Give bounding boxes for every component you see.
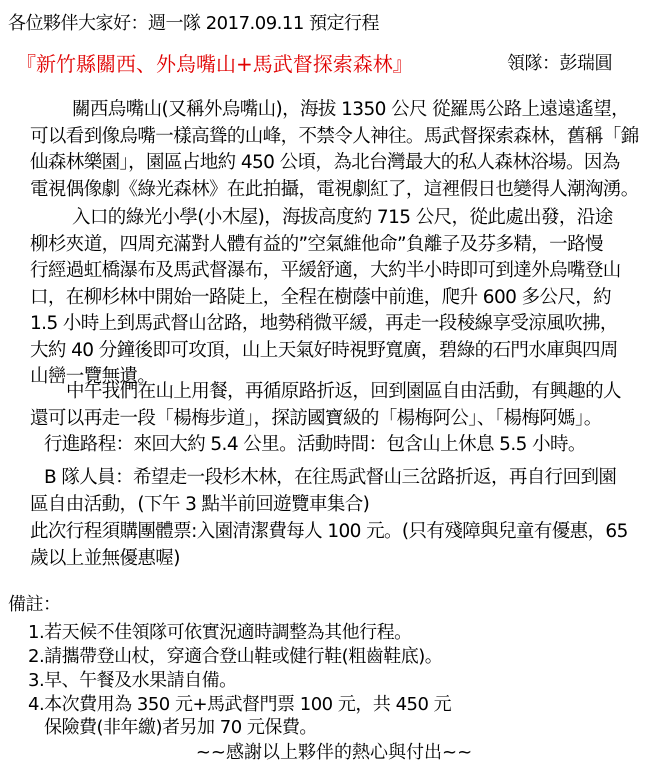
paragraph-line: 中午我們在山上用餐，再循原路折返，回到園區自由活動，有興趣的人 [30,379,650,406]
paragraph-line: 1.5 小時上到馬武督山岔路，地勢稍微平緩，再走一段稜線享受涼風吹拂， [30,311,650,338]
thanks-line: ~~感謝以上夥伴的熱心與付出~~ [0,738,668,764]
ticket-paragraph: 此次行程須購團體票:入園清潔費每人 100 元。(只有殘障與兒童有優惠，65 歲… [30,519,650,572]
team-leader: 領隊：彭瑞圓 [507,52,612,76]
paragraph-line: 可以看到像烏嘴一樣高聳的山峰，不禁令人神往。馬武督探索森林，舊稱「錦 [30,124,650,151]
intro-paragraph: 關西烏嘴山(又稱外烏嘴山)，海拔 1350 公尺 從羅馬公路上遠遠遙望， 可以看… [30,97,650,203]
paragraph-line: 行進路程：來回大約 5.4 公里。活動時間：包含山上休息 5.5 小時。 [30,432,650,459]
paragraph-line: 區自由活動，(下午 3 點半前回遊覽車集合) [30,492,650,519]
paragraph-line: 入口的綠光小學(小木屋)，海拔高度約 715 公尺，從此處出發，沿途 [30,205,650,232]
paragraph-line: 電視偶像劇《綠光森林》在此拍攝，電視劇紅了，這裡假日也變得人潮洶湧。 [30,177,650,204]
note-item: 3.早、午餐及水果請自備。 [28,669,237,693]
trip-title: 『新竹縣關西、外烏嘴山+馬武督探索森林』 [16,52,413,76]
note-item: 4.本次費用為 350 元+馬武督門票 100 元，共 450 元 [28,693,451,717]
paragraph-line: 行經過虹橋瀑布及馬武督瀑布，平緩舒適，大約半小時即可到達外烏嘴登山 [30,258,650,285]
paragraph-line: 柳杉夾道，四周充滿對人體有益的”空氣維他命”負離子及芬多精，一路慢 [30,232,650,259]
notes-heading: 備註： [8,593,61,617]
paragraph-line: 還可以再走一段「楊梅步道」，探訪國寶級的「楊梅阿公」、「楊梅阿媽」。 [30,406,650,433]
note-item: 1.若天候不佳領隊可依實況適時調整為其他行程。 [28,621,412,645]
paragraph-line: 仙森林樂園」，園區占地約 450 公頃，為北台灣最大的私人森林浴場。因為 [30,150,650,177]
note-item: 2.請攜帶登山杖，穿適合登山鞋或健行鞋(粗齒鞋底)。 [28,645,442,669]
paragraph-line: 關西烏嘴山(又稱外烏嘴山)，海拔 1350 公尺 從羅馬公路上遠遠遙望， [30,97,650,124]
paragraph-line: 口，在柳杉林中開始一路陡上，全程在樹蔭中前進，爬升 600 多公尺，約 [30,285,650,312]
lunch-paragraph: 中午我們在山上用餐，再循原路折返，回到園區自由活動，有興趣的人 還可以再走一段「… [30,379,650,432]
paragraph-line: 此次行程須購團體票:入園清潔費每人 100 元。(只有殘障與兒童有優惠，65 [30,519,650,546]
insurance-note: 保險費(非年繳)者另加 70 元保費。 [44,716,317,740]
route-paragraph: 入口的綠光小學(小木屋)，海拔高度約 715 公尺，從此處出發，沿途 柳杉夾道，… [30,205,650,391]
paragraph-line: 歲以上並無優惠喔) [30,546,650,573]
team-b-paragraph: B 隊人員：希望走一段杉木林，在往馬武督山三岔路折返，再自行回到園 區自由活動，… [30,465,650,518]
distance-line: 行進路程：來回大約 5.4 公里。活動時間：包含山上休息 5.5 小時。 [30,432,650,459]
paragraph-line: B 隊人員：希望走一段杉木林，在往馬武督山三岔路折返，再自行回到園 [30,465,650,492]
paragraph-line: 大約 40 分鐘後即可攻頂，山上天氣好時視野寬廣，碧綠的石門水庫與四周 [30,338,650,365]
greeting-line: 各位夥伴大家好：週一隊 2017.09.11 預定行程 [8,12,379,36]
